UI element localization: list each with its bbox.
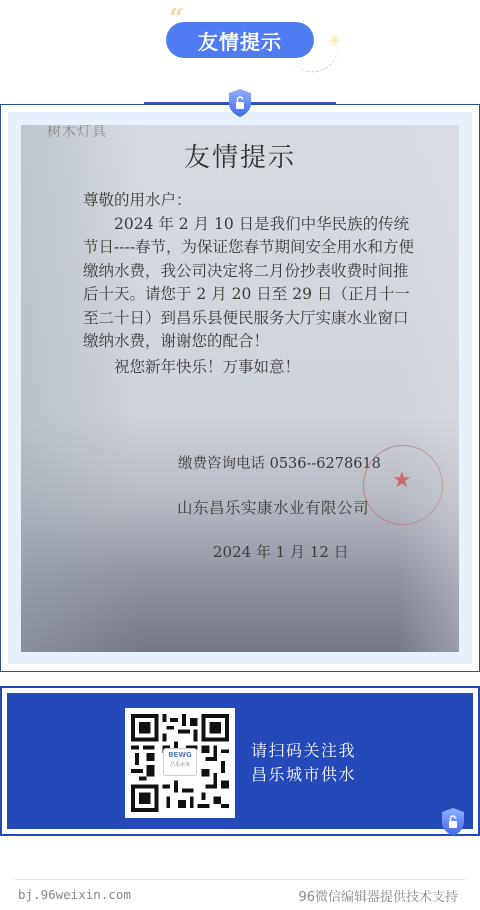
qr-panel: BEWG 昌乐水务 请扫码关注我 昌乐城市供水 [7,693,473,829]
header: “ 友情提示 ✳ [0,0,480,100]
qr-code[interactable]: BEWG 昌乐水务 [125,708,235,818]
notice-paragraph: 2024 年 2 月 10 日是我们中华民族的传统节日----春节，为保证您春节… [83,213,423,354]
notice-date: 2024 年 1 月 12 日 [213,541,349,562]
footer-divider [15,879,465,880]
qr-frame: BEWG 昌乐水务 请扫码关注我 昌乐城市供水 [0,686,480,836]
shield-lock-icon [227,88,253,118]
photo-notice-title: 友情提示 [21,137,459,174]
notice-photo: 树木灯具 友情提示 尊敬的用水户： 2024 年 2 月 10 日是我们中华民族… [21,125,459,652]
qr-brand-logo: BEWG 昌乐水务 [163,748,197,776]
notice-company: 山东昌乐实康水业有限公司 [177,496,369,518]
footer-site-link[interactable]: bj.96weixin.com [18,887,131,902]
photo-notice-body: 尊敬的用水户： 2024 年 2 月 10 日是我们中华民族的传统节日----春… [83,189,423,379]
qr-caption: 请扫码关注我 昌乐城市供水 [251,739,356,787]
company-seal: ★ [363,445,443,525]
sparkle-icon: ✳ [328,33,341,49]
notice-salutation: 尊敬的用水户： [83,189,423,213]
notice-inner-panel: 树木灯具 友情提示 尊敬的用水户： 2024 年 2 月 10 日是我们中华民族… [8,112,472,664]
qr-caption-line2: 昌乐城市供水 [251,763,356,787]
notice-frame: 树木灯具 友情提示 尊敬的用水户： 2024 年 2 月 10 日是我们中华民族… [0,104,480,672]
seal-star-icon: ★ [392,470,412,492]
notice-wish: 祝您新年快乐！万事如意！ [83,356,423,380]
notice-phone: 缴费咨询电话 0536--6278618 [178,452,381,473]
qr-caption-line1: 请扫码关注我 [251,739,356,763]
shield-lock-icon [440,807,466,837]
footer-credit: 96微信编辑器提供技术支持 [298,886,458,905]
